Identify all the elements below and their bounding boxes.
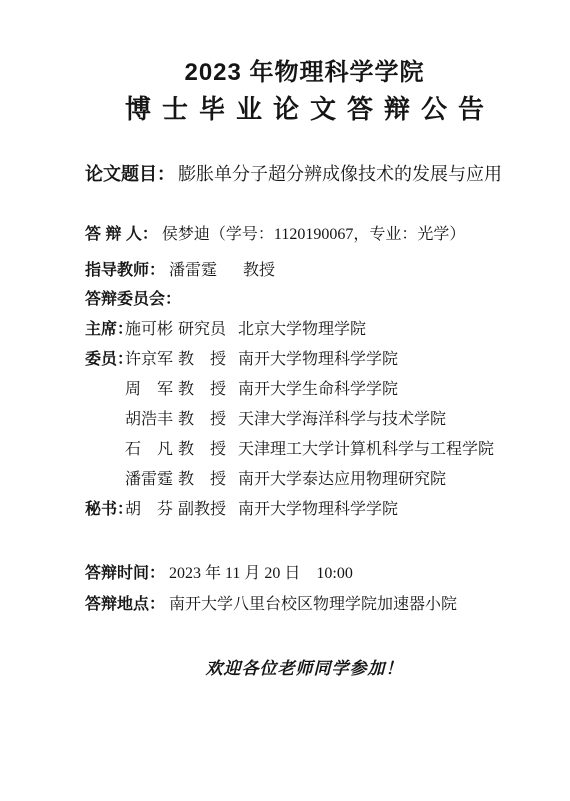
- candidate-row: 答 辩 人： 侯梦迪（学号：1120190067，专业：光学）: [85, 224, 524, 245]
- committee-member-title: 教 授: [178, 409, 238, 430]
- committee-member-name: 潘雷霆: [125, 469, 178, 490]
- candidate-label: 答 辩 人：: [85, 226, 158, 243]
- page-title-line2: 博士毕业论文答辩公告: [85, 93, 524, 126]
- committee-member-name: 许京军: [125, 349, 178, 370]
- defense-place-label: 答辩地点：: [85, 596, 165, 613]
- defense-time-value: 2023 年 11 月 20 日 10:00: [169, 565, 353, 582]
- document-header: 2023 年物理科学学院 博士毕业论文答辩公告: [85, 58, 524, 126]
- committee-member-institution: 天津大学海洋科学与技术学院: [238, 409, 524, 430]
- page-title-line1: 2023 年物理科学学院: [85, 58, 524, 88]
- committee-role-label: [85, 379, 125, 400]
- committee-role-label: 秘书：: [85, 499, 125, 520]
- thesis-title-text: 膨胀单分子超分辨成像技术的发展与应用: [178, 164, 502, 184]
- committee-member-name: 胡 芬: [125, 499, 178, 520]
- committee-member-title: 教 授: [178, 439, 238, 460]
- committee-member-name: 石 凡: [125, 439, 178, 460]
- committee-member-name: 周 军: [125, 379, 178, 400]
- committee-role-label: [85, 439, 125, 460]
- committee-member-institution: 南开大学物理科学学院: [238, 499, 524, 520]
- thesis-title-label: 论文题目：: [85, 164, 175, 184]
- committee-row-member: 周 军 教 授 南开大学生命科学学院: [85, 379, 524, 400]
- advisor-title: 教授: [243, 262, 275, 279]
- welcome-message: 欢迎各位老师同学参加！: [85, 654, 524, 679]
- committee-header-row: 答辩委员会：: [85, 289, 524, 310]
- defense-time-label: 答辩时间：: [85, 565, 165, 582]
- committee-member-institution: 南开大学生命科学学院: [238, 379, 524, 400]
- committee-role-label: [85, 409, 125, 430]
- advisor-row: 指导教师： 潘雷霆 教授: [85, 260, 524, 281]
- document-content: 2023 年物理科学学院 博士毕业论文答辩公告 论文题目：膨胀单分子超分辨成像技…: [0, 0, 570, 679]
- committee-member-name: 施可彬: [125, 319, 178, 340]
- advisor-name: 潘雷霆: [169, 262, 217, 279]
- committee-member-institution: 南开大学物理科学学院: [238, 349, 524, 370]
- committee-row-member: 委员： 许京军 教 授 南开大学物理科学学院: [85, 349, 524, 370]
- committee-row-member: 石 凡 教 授 天津理工大学计算机科学与工程学院: [85, 439, 524, 460]
- defense-time-row: 答辩时间： 2023 年 11 月 20 日 10:00: [85, 563, 524, 584]
- advisor-label: 指导教师：: [85, 262, 165, 279]
- committee-member-title: 教 授: [178, 469, 238, 490]
- committee-member-title: 教 授: [178, 379, 238, 400]
- defense-place-row: 答辩地点： 南开大学八里台校区物理学院加速器小院: [85, 594, 524, 615]
- committee-row-secretary: 秘书： 胡 芬 副教授 南开大学物理科学学院: [85, 499, 524, 520]
- committee-row-member: 潘雷霆 教 授 南开大学泰达应用物理研究院: [85, 469, 524, 490]
- document-page: 2023 年物理科学学院 博士毕业论文答辩公告 论文题目：膨胀单分子超分辨成像技…: [0, 0, 570, 801]
- committee-role-label: 委员：: [85, 349, 125, 370]
- committee-header-label: 答辩委员会：: [85, 291, 181, 308]
- committee-role-label: 主席：: [85, 319, 125, 340]
- committee-member-title: 副教授: [178, 499, 238, 520]
- committee-member-name: 胡浩丰: [125, 409, 178, 430]
- committee-member-institution: 北京大学物理学院: [238, 319, 524, 340]
- committee-row-chair: 主席： 施可彬 研究员 北京大学物理学院: [85, 319, 524, 340]
- committee-member-institution: 南开大学泰达应用物理研究院: [238, 469, 524, 490]
- defense-place-value: 南开大学八里台校区物理学院加速器小院: [169, 596, 457, 613]
- committee-row-member: 胡浩丰 教 授 天津大学海洋科学与技术学院: [85, 409, 524, 430]
- thesis-title-row: 论文题目：膨胀单分子超分辨成像技术的发展与应用: [85, 162, 524, 186]
- committee-member-institution: 天津理工大学计算机科学与工程学院: [238, 439, 524, 460]
- committee-role-label: [85, 469, 125, 490]
- committee-member-title: 教 授: [178, 349, 238, 370]
- candidate-info: 侯梦迪（学号：1120190067，专业：光学）: [162, 226, 465, 243]
- committee-member-title: 研究员: [178, 319, 238, 340]
